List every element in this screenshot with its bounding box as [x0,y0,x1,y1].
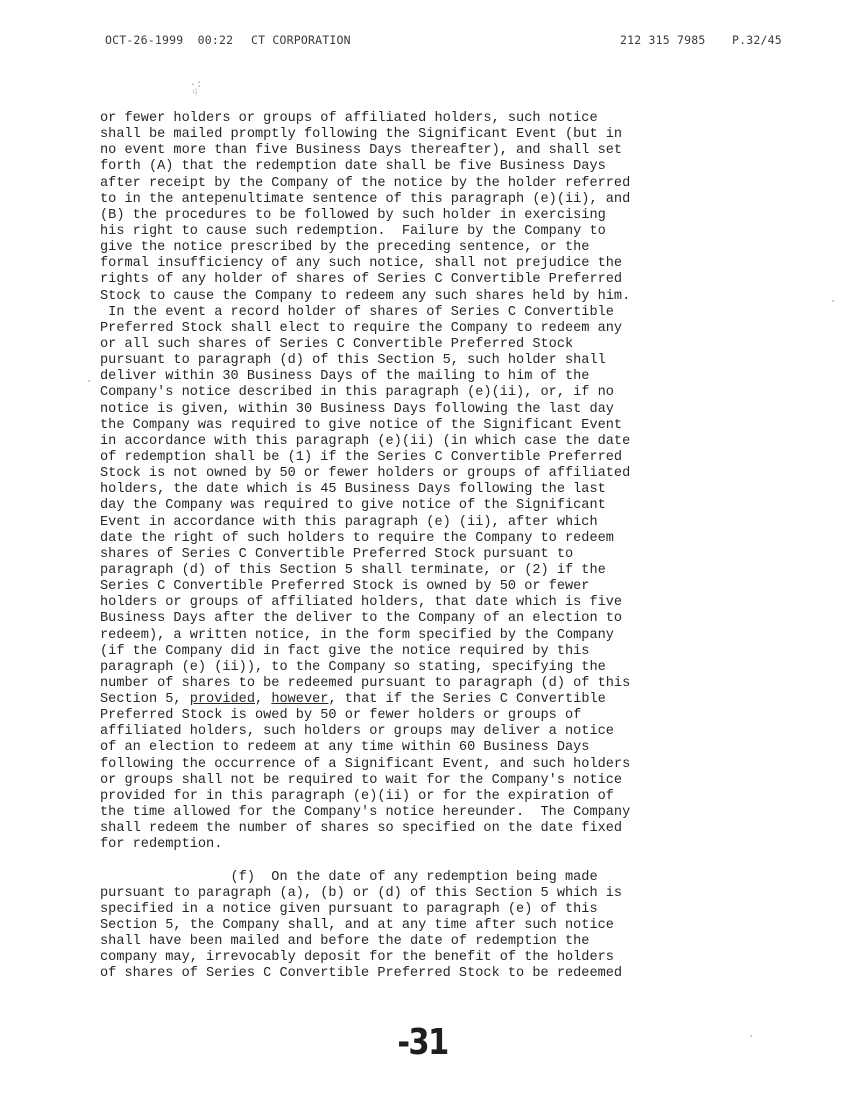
text-line: Business Days after the deliver to the C… [100,611,840,627]
text-line: pursuant to paragraph (d) of this Sectio… [100,353,840,369]
fax-date: OCT-26-1999 00:22 [105,33,233,47]
text-line: rights of any holder of shares of Series… [100,272,840,288]
text-line: (B) the procedures to be followed by suc… [100,208,840,224]
text-line: provided for in this paragraph (e)(ii) o… [100,789,840,805]
page-number: -31 [397,1022,447,1063]
underlined-term-however: however [271,692,328,707]
text-line: Company's notice described in this parag… [100,385,840,401]
text-line: after receipt by the Company of the noti… [100,176,840,192]
scan-mark: ·:ㄐ [190,82,202,98]
text-line: deliver within 30 Business Days of the m… [100,369,840,385]
text-line: Section 5, provided, however, that if th… [100,692,840,708]
text-line: Stock to cause the Company to redeem any… [100,289,840,305]
text-line: (f) On the date of any redemption being … [100,870,840,886]
text-line: forth (A) that the redemption date shall… [100,159,840,175]
text-line: paragraph (d) of this Section 5 shall te… [100,563,840,579]
text-line: the time allowed for the Company's notic… [100,805,840,821]
fax-phone: 212 315 7985 [620,33,705,47]
text-line: no event more than five Business Days th… [100,143,840,159]
text-line: or groups shall not be required to wait … [100,773,840,789]
text-line: holders, the date which is 45 Business D… [100,482,840,498]
text-line: Stock is not owned by 50 or fewer holder… [100,466,840,482]
text-line: for redemption. [100,837,840,853]
text-line: his right to cause such redemption. Fail… [100,224,840,240]
text-line: day the Company was required to give not… [100,498,840,514]
text-line: of redemption shall be (1) if the Series… [100,450,840,466]
text-line: affiliated holders, such holders or grou… [100,724,840,740]
scan-speck [88,380,90,382]
text-line: Event in accordance with this paragraph … [100,515,840,531]
underlined-term-provided: provided [190,692,255,707]
text-line: (if the Company did in fact give the not… [100,644,840,660]
fax-sender: CT CORPORATION [251,33,351,47]
text-line: Preferred Stock is owed by 50 or fewer h… [100,708,840,724]
scan-speck [832,300,834,302]
text-line: specified in a notice given pursuant to … [100,902,840,918]
text-line: Series C Convertible Preferred Stock is … [100,579,840,595]
scan-speck [750,1035,752,1037]
text-line: Preferred Stock shall elect to require t… [100,321,840,337]
text-line: or fewer holders or groups of affiliated… [100,111,840,127]
text-line: of an election to redeem at any time wit… [100,740,840,756]
text-line: Section 5, the Company shall, and at any… [100,918,840,934]
text-line [100,853,840,869]
text-line: paragraph (e) (ii)), to the Company so s… [100,660,840,676]
text-line: shall be mailed promptly following the S… [100,127,840,143]
fax-header: OCT-26-1999 00:22 CT CORPORATION 212 315… [0,33,849,51]
text-line: holders or groups of affiliated holders,… [100,595,840,611]
text-line: following the occurrence of a Significan… [100,757,840,773]
text-line: date the right of such holders to requir… [100,531,840,547]
text-line: company may, irrevocably deposit for the… [100,950,840,966]
document-body: or fewer holders or groups of affiliated… [100,111,840,983]
text-line: number of shares to be redeemed pursuant… [100,676,840,692]
text-line: of shares of Series C Convertible Prefer… [100,966,840,982]
text-line: notice is given, within 30 Business Days… [100,402,840,418]
text-line: the Company was required to give notice … [100,418,840,434]
text-line: redeem), a written notice, in the form s… [100,628,840,644]
text-line: In the event a record holder of shares o… [100,305,840,321]
text-line: formal insufficiency of any such notice,… [100,256,840,272]
text-line: or all such shares of Series C Convertib… [100,337,840,353]
text-line: give the notice prescribed by the preced… [100,240,840,256]
text-line: shares of Series C Convertible Preferred… [100,547,840,563]
text-line: shall have been mailed and before the da… [100,934,840,950]
text-line: in accordance with this paragraph (e)(ii… [100,434,840,450]
text-line: to in the antepenultimate sentence of th… [100,192,840,208]
text-line: pursuant to paragraph (a), (b) or (d) of… [100,886,840,902]
text-line: shall redeem the number of shares so spe… [100,821,840,837]
fax-page-count: P.32/45 [732,33,782,47]
